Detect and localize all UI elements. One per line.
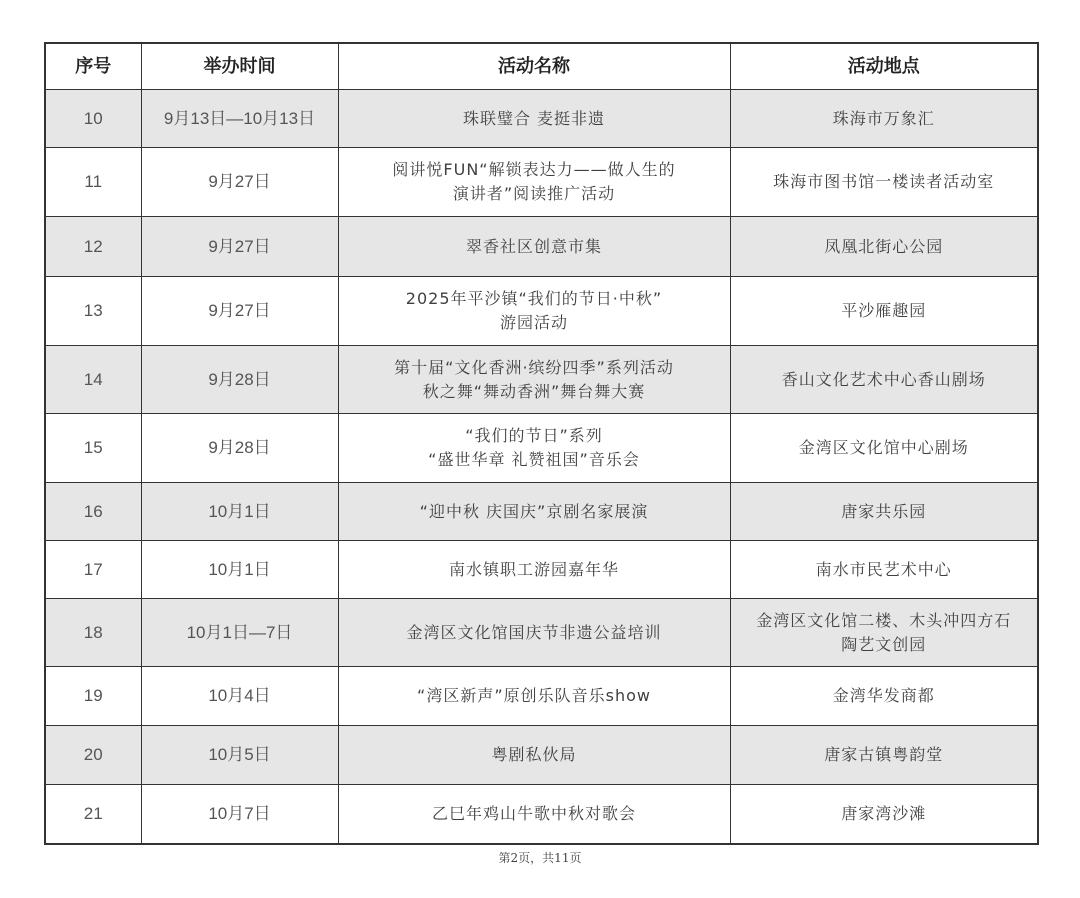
events-table: 序号 举办时间 活动名称 活动地点 109月13日—10月13日珠联璧合 麦挺非… [44,42,1039,845]
cell-venue: 唐家共乐园 [730,483,1038,541]
cell-date: 10月5日 [141,726,338,785]
table-body: 109月13日—10月13日珠联璧合 麦挺非遗珠海市万象汇119月27日阅讲悦F… [45,90,1038,844]
event-name-line: 演讲者”阅读推广活动 [345,182,724,206]
cell-serial-no: 16 [45,483,141,541]
cell-serial-no: 11 [45,148,141,217]
cell-event-name: 粤剧私伙局 [338,726,730,785]
table-row: 119月27日阅讲悦FUN“解锁表达力——做人生的演讲者”阅读推广活动珠海市图书… [45,148,1038,217]
header-date: 举办时间 [141,43,338,90]
event-name-line: “我们的节日”系列 [345,424,724,448]
table-row: 1810月1日—7日金湾区文化馆国庆节非遗公益培训金湾区文化馆二楼、木头冲四方石… [45,599,1038,667]
table-row: 149月28日第十届“文化香洲·缤纷四季”系列活动秋之舞“舞动香洲”舞台舞大赛香… [45,346,1038,414]
cell-date: 10月4日 [141,667,338,726]
cell-venue: 凤凰北街心公园 [730,217,1038,277]
table-row: 109月13日—10月13日珠联璧合 麦挺非遗珠海市万象汇 [45,90,1038,148]
venue-line: 唐家湾沙滩 [737,802,1032,826]
venue-line: 唐家古镇粤韵堂 [737,743,1032,767]
event-name-line: 阅讲悦FUN“解锁表达力——做人生的 [345,158,724,182]
venue-line: 陶艺文创园 [737,633,1032,657]
cell-event-name: “迎中秋 庆国庆”京剧名家展演 [338,483,730,541]
cell-venue: 香山文化艺术中心香山剧场 [730,346,1038,414]
venue-line: 唐家共乐园 [737,500,1032,524]
venue-line: 金湾区文化馆二楼、木头冲四方石 [737,609,1032,633]
event-name-line: 金湾区文化馆国庆节非遗公益培训 [345,621,724,645]
table-row: 1710月1日南水镇职工游园嘉年华南水市民艺术中心 [45,541,1038,599]
event-name-line: 游园活动 [345,311,724,335]
cell-serial-no: 20 [45,726,141,785]
cell-event-name: 乙巳年鸡山牛歌中秋对歌会 [338,785,730,844]
event-name-line: 乙巳年鸡山牛歌中秋对歌会 [345,802,724,826]
event-name-line: “盛世华章 礼赞祖国”音乐会 [345,448,724,472]
header-venue: 活动地点 [730,43,1038,90]
cell-event-name: “湾区新声”原创乐队音乐show [338,667,730,726]
venue-line: 平沙雁趣园 [737,299,1032,323]
cell-event-name: 金湾区文化馆国庆节非遗公益培训 [338,599,730,667]
cell-venue: 南水市民艺术中心 [730,541,1038,599]
cell-event-name: 第十届“文化香洲·缤纷四季”系列活动秋之舞“舞动香洲”舞台舞大赛 [338,346,730,414]
venue-line: 凤凰北街心公园 [737,235,1032,259]
cell-date: 9月27日 [141,277,338,346]
event-name-line: “迎中秋 庆国庆”京剧名家展演 [345,500,724,524]
cell-date: 9月28日 [141,346,338,414]
venue-line: 南水市民艺术中心 [737,558,1032,582]
venue-line: 珠海市万象汇 [737,107,1032,131]
cell-date: 10月1日 [141,483,338,541]
event-name-line: 翠香社区创意市集 [345,235,724,259]
table-header-row: 序号 举办时间 活动名称 活动地点 [45,43,1038,90]
cell-venue: 唐家古镇粤韵堂 [730,726,1038,785]
venue-line: 金湾华发商都 [737,684,1032,708]
cell-event-name: 南水镇职工游园嘉年华 [338,541,730,599]
cell-date: 10月1日—7日 [141,599,338,667]
venue-line: 金湾区文化馆中心剧场 [737,436,1032,460]
cell-serial-no: 15 [45,414,141,483]
event-name-line: 珠联璧合 麦挺非遗 [345,107,724,131]
venue-line: 珠海市图书馆一楼读者活动室 [737,170,1032,194]
event-name-line: 第十届“文化香洲·缤纷四季”系列活动 [345,356,724,380]
cell-date: 9月13日—10月13日 [141,90,338,148]
cell-serial-no: 21 [45,785,141,844]
cell-serial-no: 13 [45,277,141,346]
cell-venue: 金湾区文化馆中心剧场 [730,414,1038,483]
table-row: 1610月1日“迎中秋 庆国庆”京剧名家展演唐家共乐园 [45,483,1038,541]
table-row: 2110月7日乙巳年鸡山牛歌中秋对歌会唐家湾沙滩 [45,785,1038,844]
venue-line: 香山文化艺术中心香山剧场 [737,368,1032,392]
event-name-line: 2025年平沙镇“我们的节日·中秋” [345,287,724,311]
cell-date: 10月1日 [141,541,338,599]
event-name-line: 南水镇职工游园嘉年华 [345,558,724,582]
cell-venue: 金湾区文化馆二楼、木头冲四方石陶艺文创园 [730,599,1038,667]
cell-venue: 金湾华发商都 [730,667,1038,726]
event-name-line: 粤剧私伙局 [345,743,724,767]
cell-venue: 唐家湾沙滩 [730,785,1038,844]
cell-serial-no: 10 [45,90,141,148]
cell-serial-no: 19 [45,667,141,726]
cell-event-name: 阅讲悦FUN“解锁表达力——做人生的演讲者”阅读推广活动 [338,148,730,217]
cell-venue: 珠海市图书馆一楼读者活动室 [730,148,1038,217]
cell-serial-no: 12 [45,217,141,277]
cell-serial-no: 18 [45,599,141,667]
cell-date: 9月27日 [141,148,338,217]
event-name-line: 秋之舞“舞动香洲”舞台舞大赛 [345,380,724,404]
cell-event-name: “我们的节日”系列“盛世华章 礼赞祖国”音乐会 [338,414,730,483]
page-footer: 第2页，共11页 [0,849,1080,866]
table-row: 2010月5日粤剧私伙局唐家古镇粤韵堂 [45,726,1038,785]
cell-venue: 珠海市万象汇 [730,90,1038,148]
table-row: 159月28日“我们的节日”系列“盛世华章 礼赞祖国”音乐会金湾区文化馆中心剧场 [45,414,1038,483]
cell-event-name: 2025年平沙镇“我们的节日·中秋”游园活动 [338,277,730,346]
cell-date: 9月28日 [141,414,338,483]
cell-serial-no: 17 [45,541,141,599]
header-event-name: 活动名称 [338,43,730,90]
cell-serial-no: 14 [45,346,141,414]
cell-event-name: 翠香社区创意市集 [338,217,730,277]
cell-date: 10月7日 [141,785,338,844]
cell-venue: 平沙雁趣园 [730,277,1038,346]
header-serial-no: 序号 [45,43,141,90]
table-row: 129月27日翠香社区创意市集凤凰北街心公园 [45,217,1038,277]
cell-event-name: 珠联璧合 麦挺非遗 [338,90,730,148]
event-name-line: “湾区新声”原创乐队音乐show [345,684,724,708]
cell-date: 9月27日 [141,217,338,277]
table-row: 139月27日2025年平沙镇“我们的节日·中秋”游园活动平沙雁趣园 [45,277,1038,346]
table-row: 1910月4日“湾区新声”原创乐队音乐show金湾华发商都 [45,667,1038,726]
